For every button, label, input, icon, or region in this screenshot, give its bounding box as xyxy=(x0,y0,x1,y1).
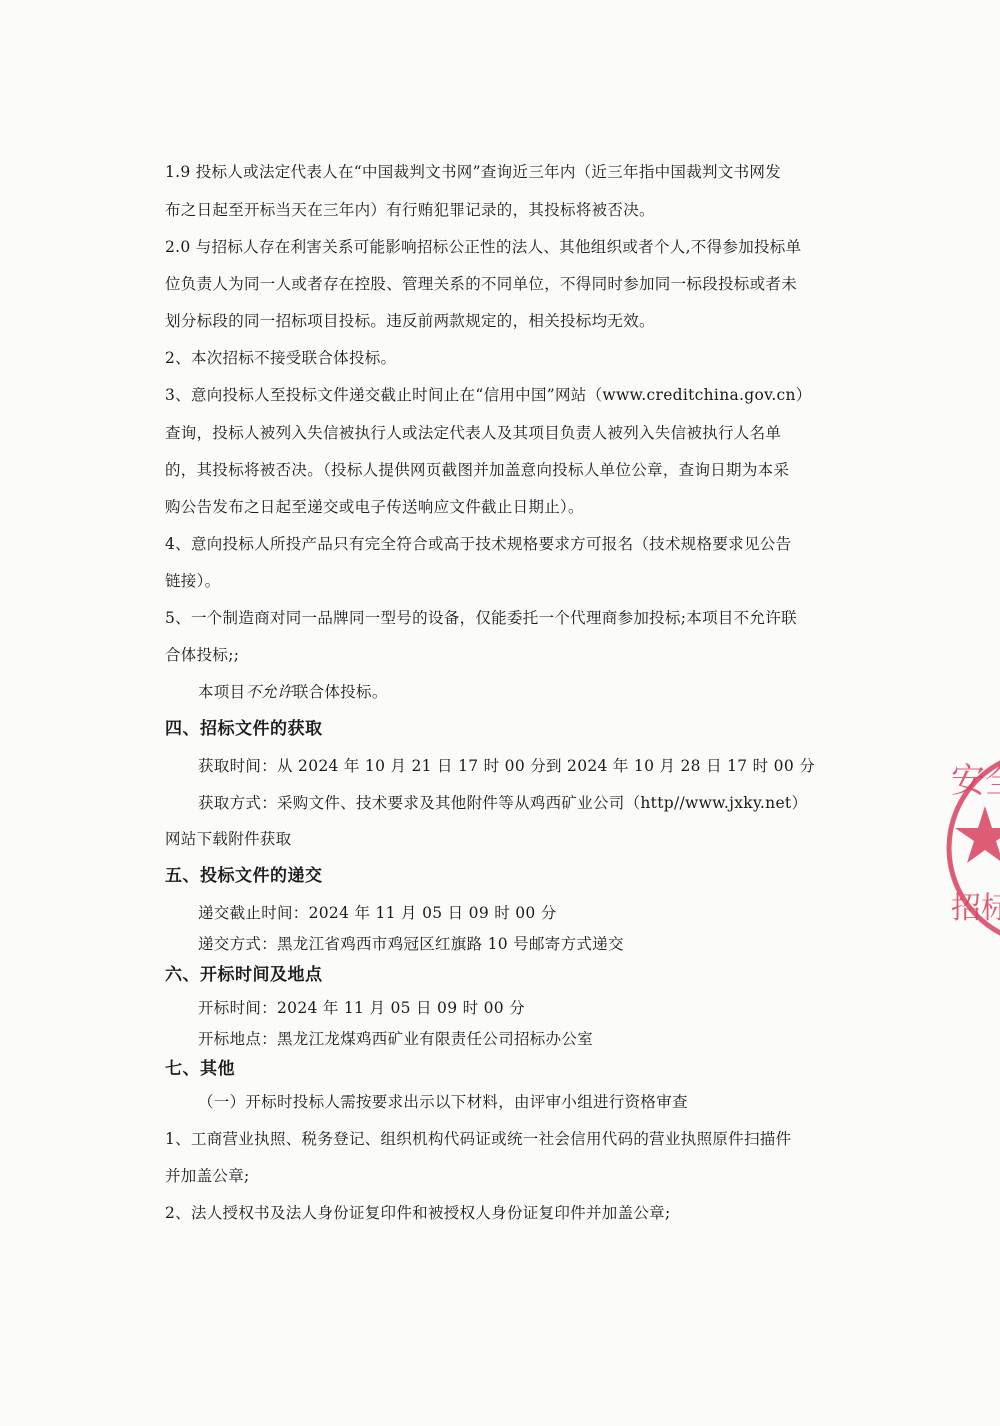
note-italic: 不允许 xyxy=(245,683,292,701)
section-7-item-1-line-1: 1、工商营业执照、税务登记、组织机构代码证或统一社会信用代码的营业执照原件扫描件 xyxy=(165,1129,791,1149)
section-6-place: 开标地点：黑龙江龙煤鸡西矿业有限责任公司招标办公室 xyxy=(198,1029,593,1049)
section-7-item-1-line-2: 并加盖公章; xyxy=(165,1166,250,1186)
paragraph-2-0-line-1: 2.0 与招标人存在利害关系可能影响招标公正性的法人、其他组织或者个人,不得参加… xyxy=(165,237,801,257)
paragraph-3-line-1: 3、意向投标人至投标文件递交截止时间止在“信用中国”网站（www.creditc… xyxy=(165,385,812,405)
section-7-heading: 七、其他 xyxy=(165,1058,235,1080)
section-5-heading: 五、投标文件的递交 xyxy=(165,865,323,887)
paragraph-2-0-line-2: 位负责人为同一人或者存在控股、管理关系的不同单位，不得同时参加同一标段投标或者未 xyxy=(165,274,797,294)
paragraph-5-line-2: 合体投标;; xyxy=(165,645,239,665)
official-seal-stamp: 安全 招标专 xyxy=(945,748,1000,948)
paragraph-4-line-1: 4、意向投标人所投产品只有完全符合或高于技术规格要求方可报名（技术规格要求见公告 xyxy=(165,534,791,554)
paragraph-1-9-line-1: 1.9 投标人或法定代表人在“中国裁判文书网”查询近三年内（近三年指中国裁判文书… xyxy=(165,162,781,182)
section-4-method-line-2: 网站下载附件获取 xyxy=(165,829,291,849)
section-4-time: 获取时间：从 2024 年 10 月 21 日 17 时 00 分到 2024 … xyxy=(198,756,815,776)
document-page: 1.9 投标人或法定代表人在“中国裁判文书网”查询近三年内（近三年指中国裁判文书… xyxy=(0,0,1000,1426)
paragraph-2-line-1: 2、本次招标不接受联合体投标。 xyxy=(165,348,396,368)
note-prefix: 本项目 xyxy=(198,683,245,701)
svg-text:招标专: 招标专 xyxy=(951,891,1000,926)
paragraph-1-9-line-2: 布之日起至开标当天在三年内）有行贿犯罪记录的，其投标将被否决。 xyxy=(165,200,655,220)
paragraph-3-line-3: 的，其投标将被否决。（投标人提供网页截图并加盖意向投标人单位公章，查询日期为本采 xyxy=(165,460,789,480)
section-4-heading: 四、招标文件的获取 xyxy=(165,718,323,740)
paragraph-4-line-2: 链接）。 xyxy=(165,571,220,591)
section-5-deadline: 递交截止时间：2024 年 11 月 05 日 09 时 00 分 xyxy=(198,903,557,923)
note-line: 本项目不允许联合体投标。 xyxy=(198,682,388,702)
paragraph-5-line-1: 5、一个制造商对同一品牌同一型号的设备，仅能委托一个代理商参加投标;本项目不允许… xyxy=(165,608,797,628)
svg-text:安全: 安全 xyxy=(951,761,1000,801)
paragraph-3-line-2: 查询，投标人被列入失信被执行人或法定代表人及其项目负责人被列入失信被执行人名单 xyxy=(165,423,781,443)
seal-icon: 安全 招标专 xyxy=(945,748,1000,948)
section-7-item-2: 2、法人授权书及法人身份证复印件和被授权人身份证复印件并加盖公章; xyxy=(165,1203,671,1223)
section-5-method: 递交方式：黑龙江省鸡西市鸡冠区红旗路 10 号邮寄方式递交 xyxy=(198,934,624,954)
paragraph-2-0-line-3: 划分标段的同一招标项目投标。违反前两款规定的，相关投标均无效。 xyxy=(165,311,655,331)
section-4-method-line-1: 获取方式：采购文件、技术要求及其他附件等从鸡西矿业公司（http//www.jx… xyxy=(198,793,807,813)
section-6-time: 开标时间：2024 年 11 月 05 日 09 时 00 分 xyxy=(198,998,525,1018)
paragraph-3-line-4: 购公告发布之日起至递交或电子传送响应文件截止日期止）。 xyxy=(165,497,584,517)
section-7-sub-1: （一）开标时投标人需按要求出示以下材料，由评审小组进行资格审查 xyxy=(198,1092,688,1112)
section-6-heading: 六、开标时间及地点 xyxy=(165,964,323,986)
note-suffix: 联合体投标。 xyxy=(293,683,388,701)
